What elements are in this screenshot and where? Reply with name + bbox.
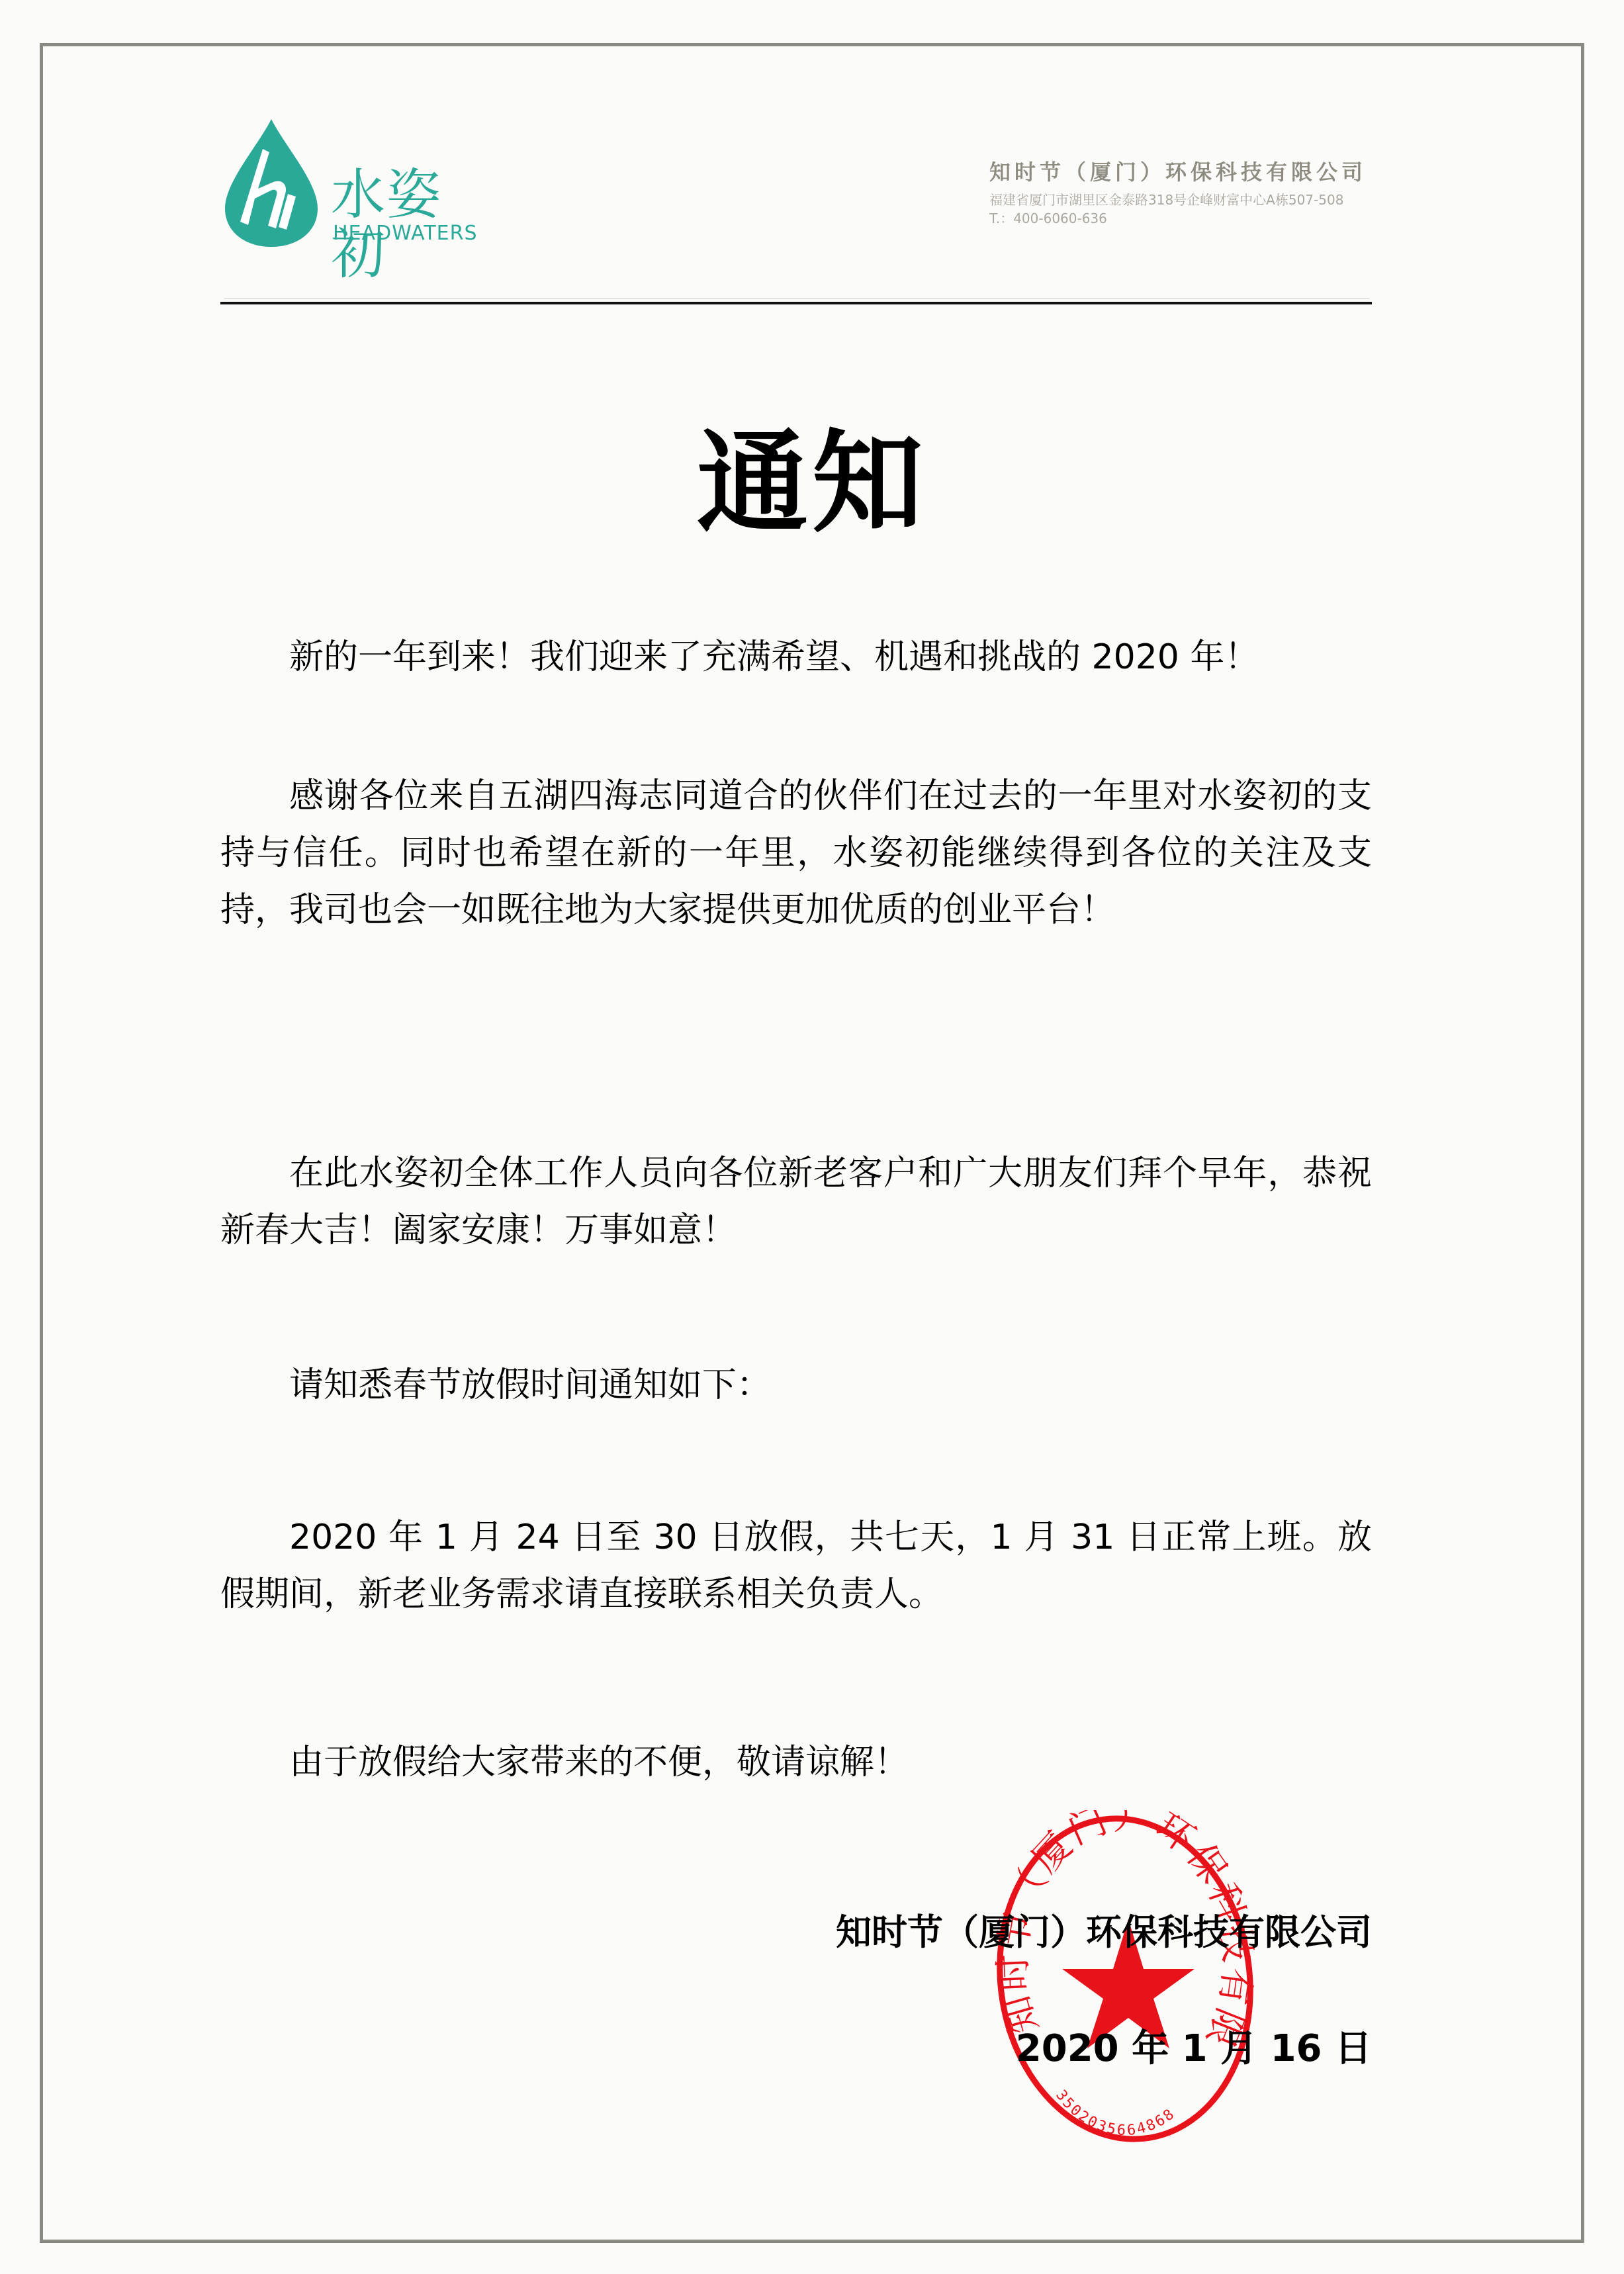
svg-text:3502035664868: 3502035664868 xyxy=(1052,2087,1179,2140)
paragraph-text: 新的一年到来！我们迎来了充满希望、机遇和挑战的 2020 年！ xyxy=(220,629,1372,686)
paragraph-2: 感谢各位来自五湖四海志同道合的伙伴们在过去的一年里对水姿初的支持与信任。同时也希… xyxy=(220,768,1372,938)
signature-date: 2020 年 1 月 16 日 xyxy=(1016,2025,1372,2073)
paragraph-5: 2020 年 1 月 24 日至 30 日放假，共七天，1 月 31 日正常上班… xyxy=(220,1509,1372,1623)
water-drop-logo-icon xyxy=(222,116,321,248)
paragraph-text: 感谢各位来自五湖四海志同道合的伙伴们在过去的一年里对水姿初的支持与信任。同时也希… xyxy=(220,768,1372,938)
paragraph-6: 由于放假给大家带来的不便，敬请谅解！ xyxy=(220,1734,1372,1791)
company-header: 知时节（厦门）环保科技有限公司 福建省厦门市湖里区金泰路318号企峰财富中心A栋… xyxy=(989,159,1386,228)
header-divider-shadow xyxy=(224,298,1369,299)
company-seal-stamp: 知时节（厦门）环保科技有限公司 3502035664868 xyxy=(993,1810,1257,2148)
company-tel: T.：400-6060-636 xyxy=(989,209,1386,228)
paragraph-4: 请知悉春节放假时间通知如下： xyxy=(220,1357,1372,1414)
paragraph-1: 新的一年到来！我们迎来了充满希望、机遇和挑战的 2020 年！ xyxy=(220,629,1372,686)
logo-name-en: HEADWATERS xyxy=(333,223,478,244)
company-address: 福建省厦门市湖里区金泰路318号企峰财富中心A栋507-508 xyxy=(989,191,1386,209)
document-title: 通知 xyxy=(0,424,1624,543)
header-divider xyxy=(220,302,1372,304)
signature-company: 知时节（厦门）环保科技有限公司 xyxy=(836,1909,1372,1956)
paragraph-text: 由于放假给大家带来的不便，敬请谅解！ xyxy=(220,1734,1372,1791)
stamp-code: 3502035664868 xyxy=(1052,2087,1179,2140)
paragraph-text: 请知悉春节放假时间通知如下： xyxy=(220,1357,1372,1414)
company-name: 知时节（厦门）环保科技有限公司 xyxy=(989,159,1386,185)
paragraph-text: 2020 年 1 月 24 日至 30 日放假，共七天，1 月 31 日正常上班… xyxy=(220,1509,1372,1623)
paragraph-3: 在此水姿初全体工作人员向各位新老客户和广大朋友们拜个早年，恭祝新春大吉！阖家安康… xyxy=(220,1145,1372,1259)
paragraph-text: 在此水姿初全体工作人员向各位新老客户和广大朋友们拜个早年，恭祝新春大吉！阖家安康… xyxy=(220,1145,1372,1259)
company-logo: 水姿初 HEADWATERS xyxy=(222,116,473,248)
